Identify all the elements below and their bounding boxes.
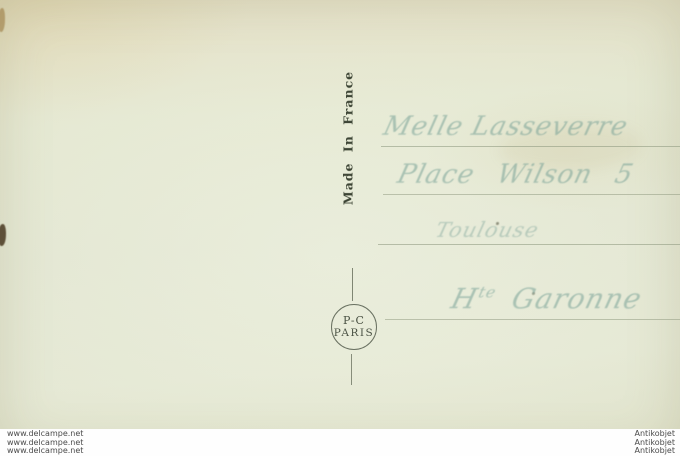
- watermark-text: www.delcampe.net: [7, 447, 83, 456]
- stamp-divider-bottom-line: [351, 354, 352, 385]
- stamp-divider-top-line: [352, 268, 353, 301]
- address-rule-4: [385, 319, 680, 320]
- stamp-text-pc: P-C: [343, 315, 365, 327]
- watermark-text: Antikobjet: [634, 447, 675, 456]
- paper-fleck-top-left: [0, 8, 5, 32]
- watermark-bar: www.delcampe.net www.delcampe.net www.de…: [0, 429, 680, 456]
- postcard-back-scan: Made In France P-C PARIS Melle Lasseverr…: [0, 0, 680, 456]
- handwriting-addressee: Melle Lasseverre: [380, 112, 631, 142]
- address-rule-3: [378, 244, 680, 245]
- watermark-right-column: Antikobjet Antikobjet Antikobjet: [634, 430, 675, 456]
- handwriting-street: Place Wilson 5: [394, 160, 636, 190]
- stamp-text-paris: PARIS: [334, 327, 374, 339]
- handwriting-department-rest: Garonne: [491, 282, 646, 315]
- watermark-left-column: www.delcampe.net www.delcampe.net www.de…: [7, 430, 83, 456]
- handwriting-department: Hte Garonne: [448, 282, 646, 315]
- handwriting-city: Toulouse: [433, 218, 542, 242]
- publisher-stamp-circle: P-C PARIS: [331, 304, 377, 350]
- address-rule-1: [381, 146, 680, 147]
- paper-blemish-left-edge: [0, 224, 6, 246]
- address-rule-2: [383, 194, 680, 195]
- made-in-france-label: Made In France: [341, 71, 356, 205]
